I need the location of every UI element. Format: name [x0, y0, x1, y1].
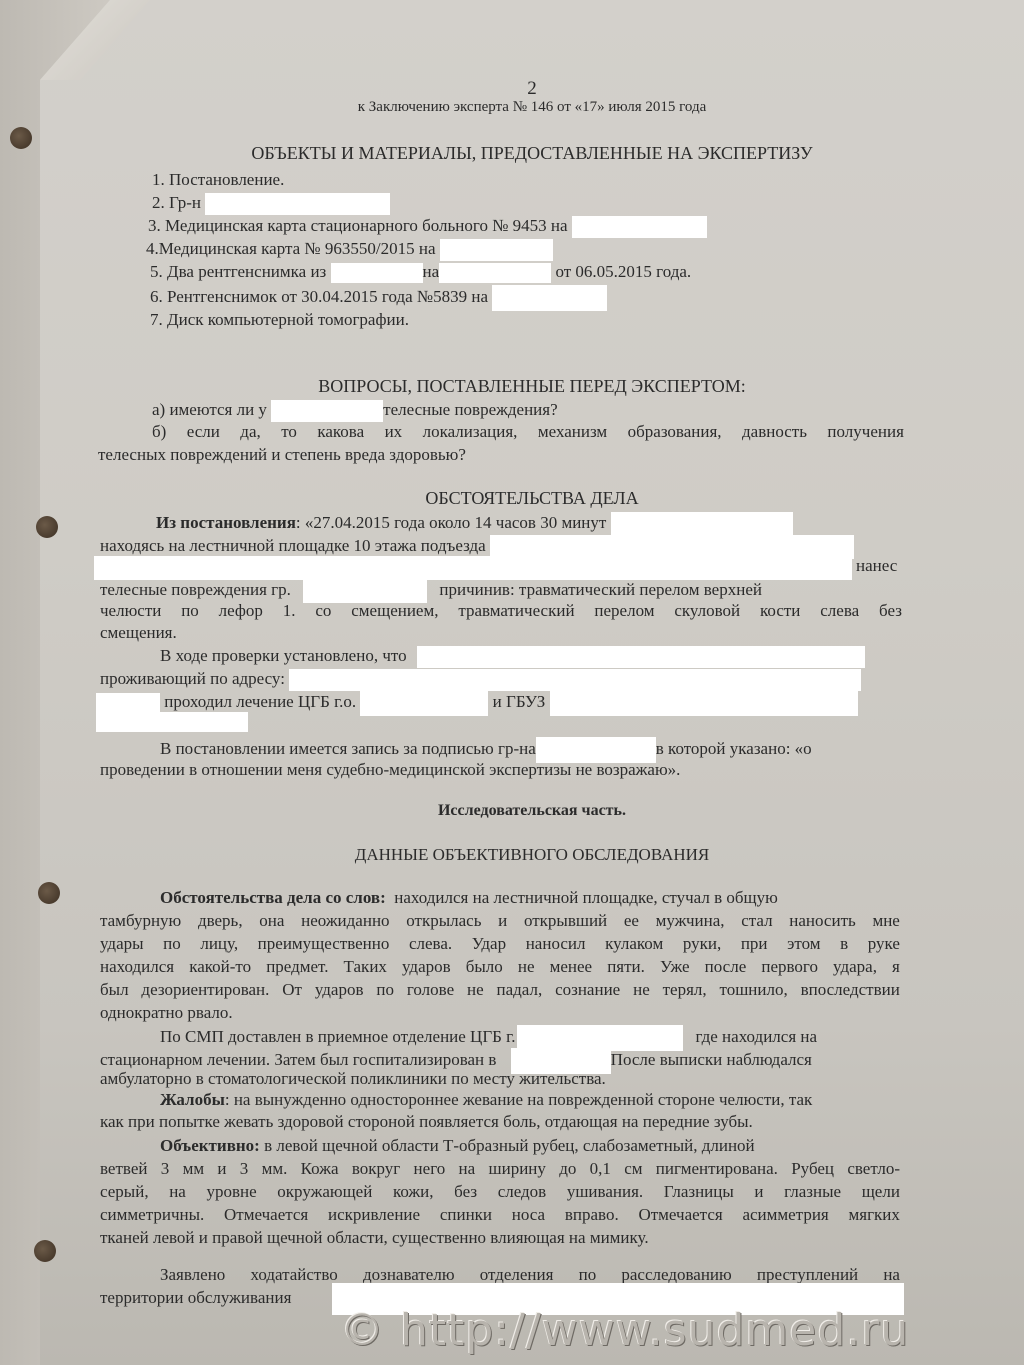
- redaction: [271, 400, 383, 422]
- redaction: [550, 690, 858, 716]
- question-a: а) имеются ли у телесные повреждения?: [152, 400, 558, 422]
- resolution-line: Из постановления: «27.04.2015 года около…: [156, 512, 793, 536]
- petition-line: Заявленоходатайстводознавателюотделенияп…: [160, 1265, 900, 1285]
- words-line: былдезориентирован.Отударовпоголовенепад…: [100, 980, 900, 1000]
- object-item: 7. Диск компьютерной томографии.: [150, 310, 409, 330]
- redaction: [96, 693, 160, 713]
- object-item: 4.Медицинская карта № 963550/2015 на: [146, 239, 553, 261]
- check-line: В ходе проверки установлено, что: [160, 646, 865, 668]
- words-line: однократно рвало.: [100, 1003, 233, 1023]
- objective-line: серый,науровнеокружающейкожи,безследовуш…: [100, 1182, 900, 1202]
- redaction: [440, 239, 553, 261]
- objective-line: тканей левой и правой щечной области, су…: [100, 1228, 649, 1248]
- redaction: [492, 285, 607, 311]
- petition-line: территории обслуживания: [100, 1288, 291, 1308]
- page-number: 2: [40, 78, 1024, 100]
- objective-line: ветвей3мми3мм.Кожавокругнегонаширинудо0,…: [100, 1159, 900, 1179]
- questions-heading: ВОПРОСЫ, ПОСТАВЛЕННЫЕ ПЕРЕД ЭКСПЕРТОМ:: [40, 376, 1024, 397]
- redaction: [611, 512, 793, 536]
- object-item: 3. Медицинская карта стационарного больн…: [148, 216, 707, 238]
- complaints-line: Жалобы: на вынужденно одностороннее жева…: [160, 1090, 812, 1110]
- question-b: б)еслида,токаковаихлокализация,механизмо…: [152, 422, 904, 442]
- page-subtitle: к Заключению эксперта № 146 от «17» июля…: [40, 99, 1024, 116]
- words-line: находилсякакой-топредмет.Такихударовбыло…: [100, 957, 900, 977]
- words-line: Обстоятельства дела со слов: находился н…: [160, 888, 778, 908]
- resolution-line: смещения.: [100, 623, 177, 643]
- resolution-line: телесные повреждения гр. причинив: травм…: [100, 579, 762, 603]
- redaction: [439, 263, 551, 283]
- object-item: 2. Гр-н: [152, 193, 390, 215]
- object-item: 6. Рентгенснимок от 30.04.2015 года №583…: [150, 285, 607, 311]
- punch-hole: [10, 127, 32, 149]
- record-line: проведении в отношении меня судебно-меди…: [100, 760, 680, 780]
- redaction: [417, 646, 865, 668]
- redaction: [303, 579, 427, 603]
- resolution-line: нанес: [856, 556, 897, 576]
- words-line: тамбурнуюдверь,онанеожиданнооткрыласьиот…: [100, 911, 900, 931]
- redaction: [205, 193, 390, 215]
- research-subheading: ДАННЫЕ ОБЪЕКТИВНОГО ОБСЛЕДОВАНИЯ: [40, 845, 1024, 865]
- research-heading: Исследовательская часть.: [40, 802, 1024, 820]
- redaction: [96, 712, 248, 732]
- redaction: [572, 216, 707, 238]
- objective-line: Объективно: в левой щечной области Т-обр…: [160, 1136, 755, 1156]
- redaction: [331, 263, 423, 283]
- objective-line: симметричны.Отмечаетсяискривлениеспинкин…: [100, 1205, 900, 1225]
- objects-heading: ОБЪЕКТЫ И МАТЕРИАЛЫ, ПРЕДОСТАВЛЕННЫЕ НА …: [40, 143, 1024, 164]
- resolution-line: челюстиполефор1.сосмещением,травматическ…: [100, 601, 902, 621]
- question-b-cont: телесных повреждений и степень вреда здо…: [98, 445, 466, 465]
- smp-line: амбулаторно в стоматологической поликлин…: [100, 1069, 606, 1089]
- check-line: проживающий по адресу:: [100, 669, 861, 691]
- redaction: [94, 556, 852, 580]
- redaction: [289, 669, 861, 691]
- words-line: ударыполицу,преимущественнослева.Ударнан…: [100, 934, 900, 954]
- redaction: [360, 690, 488, 716]
- watermark: © http://www.sudmed.ru: [340, 1305, 909, 1356]
- complaints-line: как при попытке жевать здоровой стороной…: [100, 1112, 753, 1132]
- circumstances-heading: ОБСТОЯТЕЛЬСТВА ДЕЛА: [40, 488, 1024, 509]
- object-item: 1. Постановление.: [152, 170, 284, 190]
- object-item: 5. Два рентгенснимка из на от 06.05.2015…: [150, 262, 691, 283]
